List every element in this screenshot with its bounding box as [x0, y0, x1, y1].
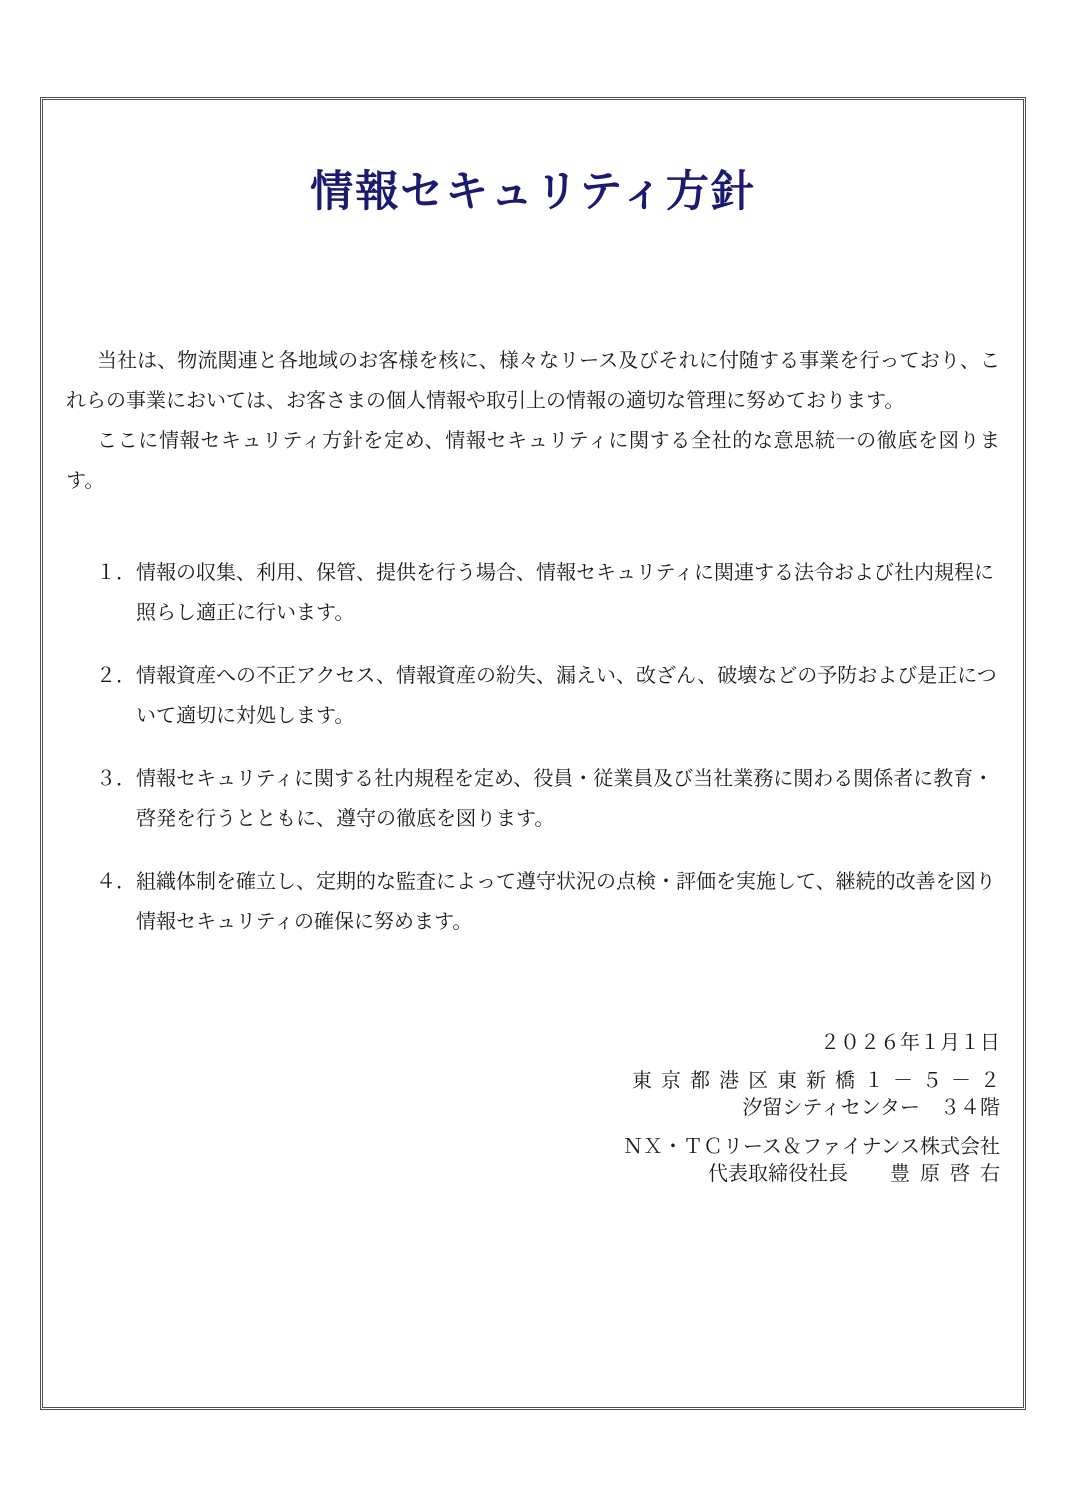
representative-line: 代表取締役社長豊原啓右 — [66, 1161, 1000, 1188]
policy-item-4: ４． 組織体制を確立し、定期的な監査によって遵守状況の点検・評価を実施して、継続… — [66, 862, 1000, 942]
intro-section: 当社は、物流関連と各地域のお客様を核に、様々なリース及びそれに付随する事業を行っ… — [66, 341, 1000, 501]
policy-list: １． 情報の収集、利用、保管、提供を行う場合、情報セキュリティに関連する法令およ… — [66, 553, 1000, 942]
policy-item-2-number: ２． — [96, 656, 136, 696]
issue-date: ２０２６年１月１日 — [66, 1030, 1000, 1057]
document-title: 情報セキュリティ方針 — [66, 167, 1000, 217]
signature-block: ２０２６年１月１日 東京都港区東新橋１－５－２ 汐留シティセンター ３４階 ＮＸ… — [66, 1030, 1000, 1188]
policy-item-4-text: 組織体制を確立し、定期的な監査によって遵守状況の点検・評価を実施して、継続的改善… — [136, 862, 1000, 942]
policy-item-4-number: ４． — [96, 862, 136, 902]
policy-item-2: ２． 情報資産への不正アクセス、情報資産の紛失、漏えい、改ざん、破壊などの予防お… — [66, 656, 1000, 736]
representative-name: 豊原啓右 — [890, 1163, 1010, 1185]
representative-title: 代表取締役社長 — [708, 1163, 848, 1185]
policy-item-3-number: ３． — [96, 759, 136, 799]
policy-item-3: ３． 情報セキュリティに関する社内規程を定め、役員・従業員及び当社業務に関わる関… — [66, 759, 1000, 839]
policy-item-1: １． 情報の収集、利用、保管、提供を行う場合、情報セキュリティに関連する法令およ… — [66, 553, 1000, 633]
intro-paragraph-2: ここに情報セキュリティ方針を定め、情報セキュリティに関する全社的な意思統一の徹底… — [66, 421, 1000, 501]
policy-item-2-text: 情報資産への不正アクセス、情報資産の紛失、漏えい、改ざん、破壊などの予防および是… — [136, 656, 1000, 736]
policy-item-3-text: 情報セキュリティに関する社内規程を定め、役員・従業員及び当社業務に関わる関係者に… — [136, 759, 1000, 839]
address-line-1: 東京都港区東新橋１－５－２ — [66, 1068, 1009, 1095]
policy-item-1-number: １． — [96, 553, 136, 593]
policy-document-sheet: 情報セキュリティ方針 当社は、物流関連と各地域のお客様を核に、様々なリース及びそ… — [40, 97, 1026, 1410]
address-line-2: 汐留シティセンター ３４階 — [66, 1095, 1000, 1122]
company-name: ＮＸ・ＴＣリース＆ファイナンス株式会社 — [66, 1134, 1000, 1161]
intro-paragraph-1: 当社は、物流関連と各地域のお客様を核に、様々なリース及びそれに付随する事業を行っ… — [66, 341, 1000, 421]
policy-item-1-text: 情報の収集、利用、保管、提供を行う場合、情報セキュリティに関連する法令および社内… — [136, 553, 1000, 633]
